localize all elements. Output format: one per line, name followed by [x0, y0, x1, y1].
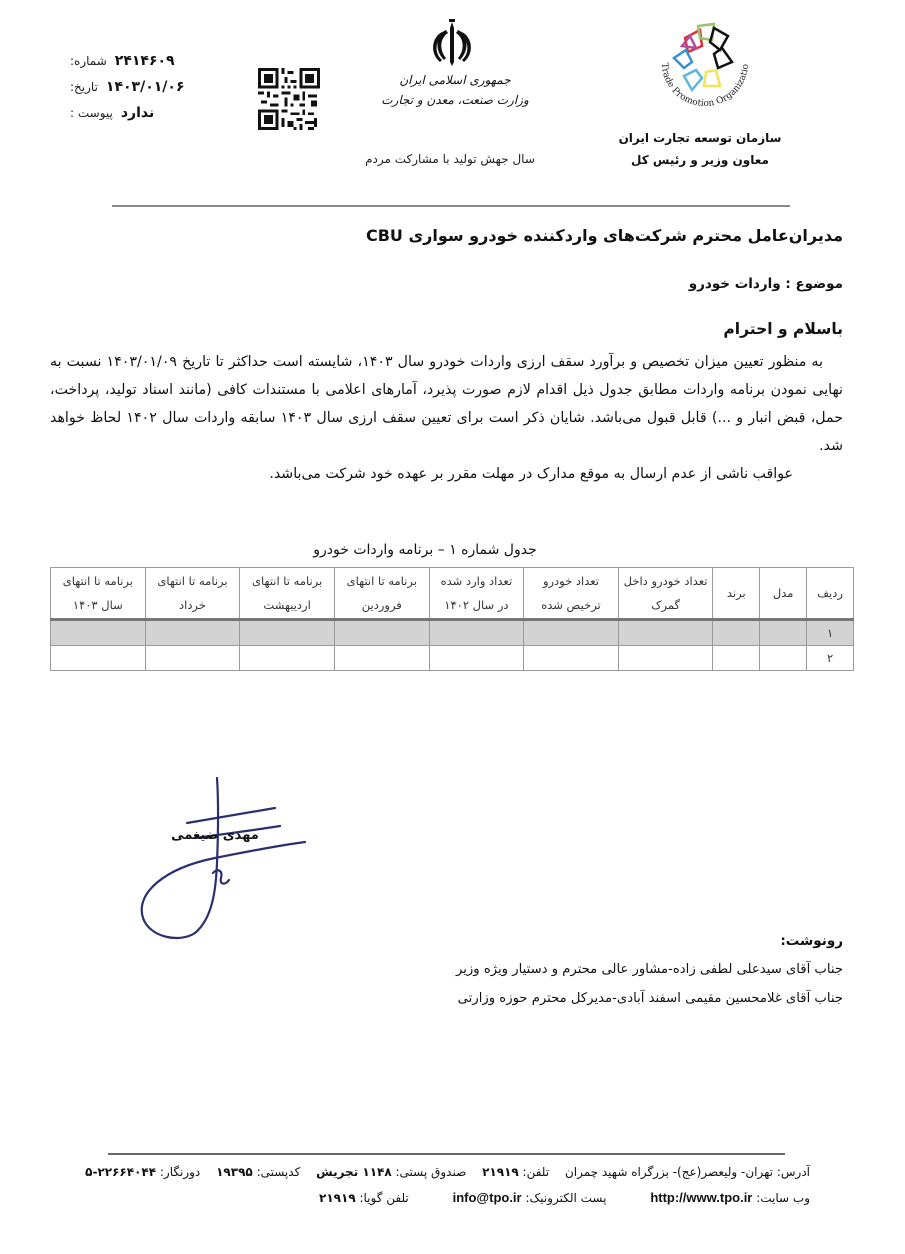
letter-number-label: شماره: — [70, 48, 107, 74]
table-cell — [713, 620, 760, 646]
column-header-model: مدل — [760, 568, 807, 620]
table-cell — [524, 646, 619, 671]
letter-number-value: ۲۴۱۴۶۰۹ — [115, 48, 175, 74]
footer-phone: تلفن: ۲۱۹۱۹ — [482, 1165, 549, 1179]
email-link[interactable]: info@tpo.ir — [453, 1190, 522, 1205]
footer-fax: دورنگار: ۲۲۶۶۴۰۴۴-۵ — [85, 1165, 200, 1179]
government-title: جمهوری اسلامی ایران وزارت صنعت، معدن و ت… — [380, 70, 530, 110]
table-cell — [145, 646, 240, 671]
table-cell — [240, 620, 335, 646]
signature-icon — [125, 768, 315, 943]
cc-line-2: جناب آقای غلامحسین مقیمی اسفند آبادی-مدی… — [343, 991, 843, 1006]
phone-label: تلفن: — [523, 1165, 550, 1179]
letter-subject: موضوع : واردات خودرو — [343, 276, 843, 292]
website-label: وب سایت: — [756, 1191, 810, 1205]
postal-label: کدپستی: — [257, 1165, 301, 1179]
table-cell — [524, 620, 619, 646]
footer-postal-code: کدپستی: ۱۹۳۹۵ — [216, 1165, 300, 1179]
column-header-in-customs: تعداد خودرو داخل گمرک — [618, 568, 713, 620]
letter-number-row: شماره: ۲۴۱۴۶۰۹ — [70, 48, 210, 74]
letter-date-row: تاریخ: ۱۴۰۳/۰۱/۰۶ — [70, 74, 210, 100]
table-cell — [760, 620, 807, 646]
import-program-table: ردیف مدل برند تعداد خودرو داخل گمرک تعدا… — [50, 567, 854, 671]
table-cell — [51, 646, 146, 671]
footer-divider — [108, 1153, 785, 1155]
government-line-2: وزارت صنعت، معدن و تجارت — [380, 90, 530, 110]
table-cell — [429, 646, 524, 671]
email-label: پست الکترونیک: — [525, 1191, 606, 1205]
tpo-logo-icon: Trade Promotion Organization of Iran — [640, 8, 770, 118]
header-divider — [112, 205, 790, 207]
table-cell — [145, 620, 240, 646]
footer-pobox: صندوق پستی: ۱۱۴۸ تجریش — [316, 1165, 466, 1179]
letter-recipient: مدیران‌عامل محترم شرکت‌های واردکننده خود… — [143, 226, 843, 245]
column-header-plan-farvardin: برنامه تا انتهای فروردین — [334, 568, 429, 620]
voice-phone-value: ۲۱۹۱۹ — [319, 1191, 356, 1205]
table-cell — [429, 620, 524, 646]
svg-text:Trade Promotion Organization o: Trade Promotion Organization of Iran — [640, 8, 751, 109]
table-header-row: ردیف مدل برند تعداد خودرو داخل گمرک تعدا… — [51, 568, 854, 620]
pobox-label: صندوق پستی: — [396, 1165, 467, 1179]
signatory-name: مهدی ضیغمی — [160, 828, 270, 843]
body-paragraph-1: به منظور تعیین میزان تخصیص و برآورد سقف … — [50, 348, 843, 460]
letter-body: به منظور تعیین میزان تخصیص و برآورد سقف … — [50, 348, 843, 488]
table-cell — [713, 646, 760, 671]
organization-title: سازمان توسعه تجارت ایران معاون وزیر و رئ… — [600, 127, 800, 171]
cc-line-1: جناب آقای سیدعلی لطفی زاده-مشاور عالی مح… — [343, 962, 843, 977]
column-header-plan-ordibehesht: برنامه تا انتهای اردیبهشت — [240, 568, 335, 620]
table-cell — [760, 646, 807, 671]
iran-emblem-icon — [430, 18, 474, 68]
footer-line-1: آدرس: تهران- ولیعصر(عج)- بزرگراه شهید چم… — [70, 1165, 810, 1179]
table-row: ۲ — [51, 646, 854, 671]
table-cell — [618, 620, 713, 646]
letter-attachment-row: پیوست : ندارد — [70, 100, 210, 126]
website-link[interactable]: http://www.tpo.ir — [650, 1190, 752, 1205]
phone-value: ۲۱۹۱۹ — [482, 1165, 519, 1179]
government-line-1: جمهوری اسلامی ایران — [380, 70, 530, 90]
cc-title: رونوشت: — [780, 933, 843, 949]
qr-code-icon — [258, 68, 320, 130]
year-slogan: سال جهش تولید با مشارکت مردم — [355, 152, 545, 166]
logo-english-text: Trade Promotion Organization of Iran — [640, 8, 751, 109]
footer-line-2: وب سایت: http://www.tpo.ir پست الکترونیک… — [70, 1190, 810, 1205]
column-header-plan-1403: برنامه تا انتهای سال ۱۴۰۳ — [51, 568, 146, 620]
table-cell — [240, 646, 335, 671]
table-cell — [618, 646, 713, 671]
address-value: تهران- ولیعصر(عج)- بزرگراه شهید چمران — [565, 1165, 773, 1179]
letter-attachment-label: پیوست : — [70, 100, 113, 126]
organization-position: معاون وزیر و رئیس کل — [600, 149, 800, 171]
column-header-row-number: ردیف — [807, 568, 854, 620]
table-row: ۱ — [51, 620, 854, 646]
letter-date-label: تاریخ: — [70, 74, 98, 100]
footer-voice-phone: تلفن گویا: ۲۱۹۱۹ — [319, 1191, 409, 1205]
table-cell: ۲ — [807, 646, 854, 671]
fax-label: دورنگار: — [160, 1165, 200, 1179]
table-cell — [334, 620, 429, 646]
pobox-value: ۱۱۴۸ تجریش — [316, 1165, 392, 1179]
footer-email: پست الکترونیک: info@tpo.ir — [453, 1190, 607, 1205]
column-header-plan-khordad: برنامه تا انتهای خرداد — [145, 568, 240, 620]
footer-address: آدرس: تهران- ولیعصر(عج)- بزرگراه شهید چم… — [565, 1165, 810, 1179]
table-cell: ۱ — [807, 620, 854, 646]
body-paragraph-2: عواقب ناشی از عدم ارسال به موقع مدارک در… — [50, 460, 843, 488]
organization-name: سازمان توسعه تجارت ایران — [600, 127, 800, 149]
column-header-imported-1402: تعداد وارد شده در سال ۱۴۰۲ — [429, 568, 524, 620]
voice-phone-label: تلفن گویا: — [359, 1191, 408, 1205]
address-label: آدرس: — [777, 1165, 810, 1179]
table-cell — [51, 620, 146, 646]
column-header-brand: برند — [713, 568, 760, 620]
letter-attachment-value: ندارد — [121, 100, 154, 126]
postal-value: ۱۹۳۹۵ — [216, 1165, 253, 1179]
letter-meta: شماره: ۲۴۱۴۶۰۹ تاریخ: ۱۴۰۳/۰۱/۰۶ پیوست :… — [70, 48, 210, 126]
footer-website: وب سایت: http://www.tpo.ir — [650, 1190, 810, 1205]
letter-date-value: ۱۴۰۳/۰۱/۰۶ — [106, 74, 185, 100]
letter-greeting: باسلام و احترام — [443, 320, 843, 338]
table-caption: جدول شماره ۱ – برنامه واردات خودرو — [290, 542, 560, 558]
fax-value: ۲۲۶۶۴۰۴۴-۵ — [85, 1165, 156, 1179]
table-cell — [334, 646, 429, 671]
column-header-cleared: تعداد خودرو ترخیص شده — [524, 568, 619, 620]
